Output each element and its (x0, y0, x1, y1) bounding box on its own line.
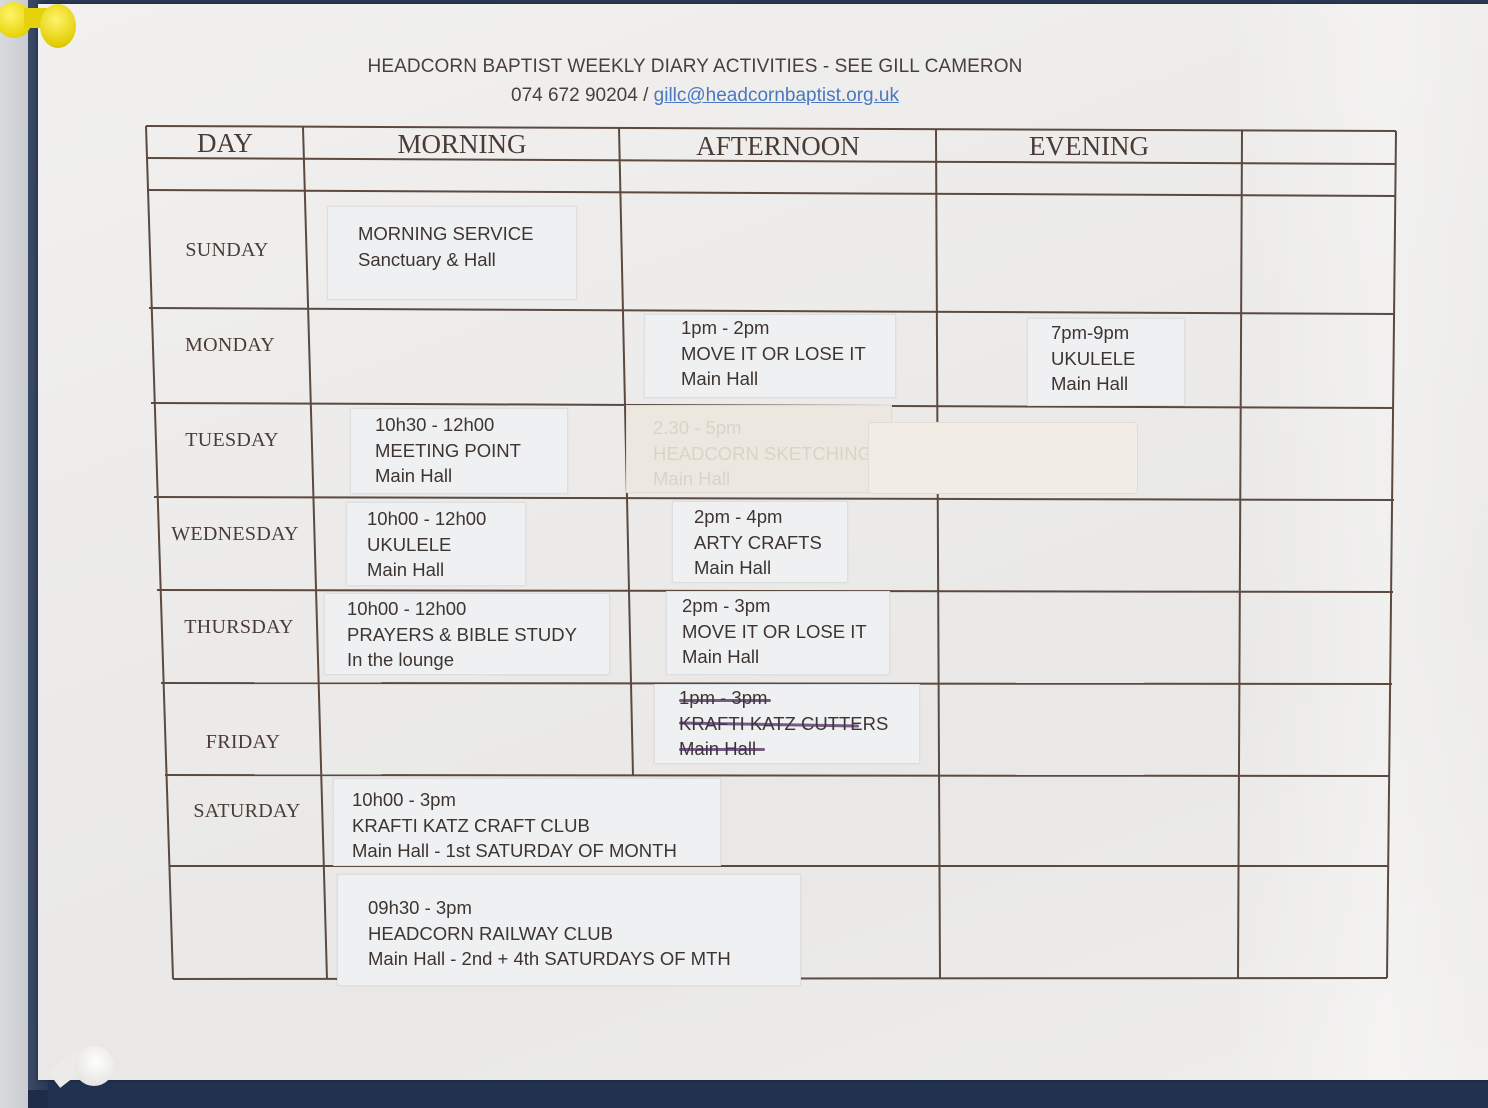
pen-strikethrough (679, 699, 771, 702)
day-label-saturday: SATURDAY (172, 800, 322, 823)
activity-wednesday-afternoon: 2pm - 4pm ARTY CRAFTS Main Hall (672, 501, 848, 583)
day-label-wednesday: WEDNESDAY (160, 523, 310, 546)
white-pushpin-icon (40, 1040, 120, 1108)
activity-friday-afternoon-crossed-out: 1pm - 3pm KRAFTI KATZ CUTTERS Main Hall (654, 684, 920, 764)
activity-saturday-railway-club: 09h30 - 3pm HEADCORN RAILWAY CLUB Main H… (337, 874, 801, 986)
activity-sunday-morning: MORNING SERVICE Sanctuary & Hall (327, 206, 577, 300)
activity-wednesday-morning: 10h00 - 12h00 UKULELE Main Hall (346, 502, 526, 586)
day-label-sunday: SUNDAY (152, 239, 302, 262)
day-label-monday: MONDAY (155, 334, 305, 357)
yellow-pushpin-icon (0, 2, 80, 46)
column-header-morning: MORNING (305, 129, 619, 160)
blank-cover-label (868, 422, 1138, 494)
page-title: HEADCORN BAPTIST WEEKLY DIARY ACTIVITIES… (330, 56, 1060, 78)
column-header-day: DAY (150, 128, 300, 159)
column-header-afternoon: AFTERNOON (621, 131, 935, 162)
phone-number: 074 672 90204 / (511, 85, 648, 106)
activity-tuesday-morning: 10h30 - 12h00 MEETING POINT Main Hall (350, 408, 568, 494)
contact-line: 074 672 90204 / gillc@headcornbaptist.or… (330, 85, 1080, 107)
column-header-evening: EVENING (938, 131, 1240, 162)
activity-thursday-morning: 10h00 - 12h00 PRAYERS & BIBLE STUDY In t… (324, 593, 610, 675)
lamination-glare (1228, 4, 1488, 1080)
day-label-tuesday: TUESDAY (157, 429, 307, 452)
activity-tuesday-afternoon-faded: 2.30 - 5pm HEADCORN SKETCHING CLUB Main … (626, 405, 892, 493)
board-bottom-edge (48, 1080, 1488, 1108)
activity-monday-evening: 7pm-9pm UKULELE Main Hall (1027, 318, 1185, 406)
email-link[interactable]: gillc@headcornbaptist.org.uk (654, 85, 899, 106)
wall (0, 0, 28, 1108)
activity-thursday-afternoon: 2pm - 3pm MOVE IT OR LOSE IT Main Hall (666, 591, 890, 675)
activity-monday-afternoon: 1pm - 2pm MOVE IT OR LOSE IT Main Hall (644, 314, 896, 398)
activity-saturday-krafti-katz: 10h00 - 3pm KRAFTI KATZ CRAFT CLUB Main … (333, 778, 721, 866)
day-label-thursday: THURSDAY (164, 616, 314, 639)
pen-strikethrough (679, 748, 765, 751)
day-label-friday: FRIDAY (168, 731, 318, 754)
